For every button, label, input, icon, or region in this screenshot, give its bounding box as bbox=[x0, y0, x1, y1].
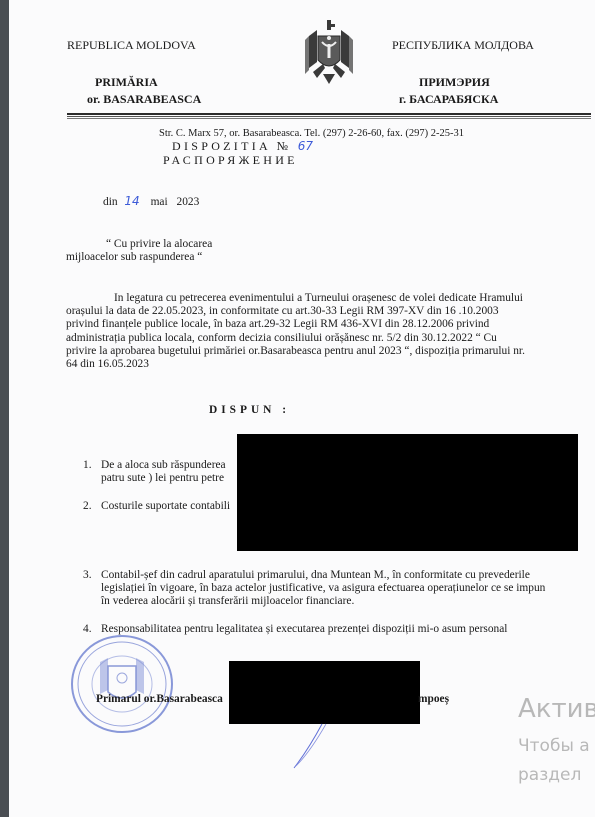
item-text: legislației în vigoare, în baza actelor … bbox=[101, 582, 545, 595]
date-year: 2023 bbox=[177, 196, 200, 208]
item-text: De a aloca sub răspunderea bbox=[101, 459, 226, 472]
header-country-ru: РЕСПУБЛИКА МОЛДОВА bbox=[392, 38, 534, 53]
header-institution-ro: PRIMĂRIA bbox=[95, 75, 158, 90]
moldova-coat-of-arms-icon bbox=[303, 14, 355, 86]
preamble-line: privire la aprobarea bugetului primăriei… bbox=[66, 345, 586, 358]
document-date: din 14 mai 2023 bbox=[103, 195, 199, 209]
header-country-ro: REPUBLICA MOLDOVA bbox=[67, 38, 196, 53]
item-number: 3. bbox=[83, 569, 92, 582]
preamble-line: privind finanțele publice locale, în baz… bbox=[66, 318, 586, 331]
viewer-left-edge bbox=[0, 0, 9, 817]
handwritten-signature-stroke bbox=[290, 722, 340, 772]
date-month: mai bbox=[151, 196, 168, 208]
item-text: Contabil-șef din cadrul aparatului prima… bbox=[101, 569, 530, 582]
preamble-paragraph: In legatura cu petrecerea evenimentului … bbox=[66, 292, 586, 371]
document-title-ro: DISPOZITIA № 67 bbox=[172, 139, 313, 154]
dispun-heading: DISPUN : bbox=[209, 404, 290, 416]
header-city-ro: or. BASARABEASCA bbox=[87, 92, 201, 107]
preamble-line: 64 din 16.05.2023 bbox=[66, 358, 586, 371]
title-ro-text: DISPOZITIA № bbox=[172, 139, 291, 153]
handwritten-number: 67 bbox=[298, 139, 313, 153]
redaction-box-items bbox=[237, 434, 578, 551]
subject-line-2: mijloacelor sub raspunderea “ bbox=[66, 251, 202, 264]
address-line: Str. C. Marx 57, or. Basarabeasca. Tel. … bbox=[159, 128, 464, 139]
document-title-ru: РАСПОРЯЖЕНИЕ bbox=[163, 153, 298, 168]
header-divider bbox=[67, 113, 591, 119]
item-text: în vederea alocării și transferării mijl… bbox=[101, 595, 354, 608]
activation-watermark-title: Актив bbox=[518, 694, 595, 724]
item-number: 1. bbox=[83, 459, 92, 472]
activation-watermark-line2: Чтобы а bbox=[518, 736, 590, 756]
date-prefix: din bbox=[103, 196, 118, 208]
item-number: 2. bbox=[83, 500, 92, 513]
preamble-line: orașului la data de 22.05.2023, in confo… bbox=[66, 305, 586, 318]
subject-line-1: “ Cu privire la alocarea bbox=[106, 238, 212, 251]
signature-name-tail: mpoeș bbox=[418, 693, 449, 705]
official-round-stamp-icon bbox=[68, 632, 176, 736]
header-city-ru: г. БАСАРАБЯСКА bbox=[399, 92, 498, 107]
activation-watermark-line3: раздел bbox=[518, 765, 581, 785]
preamble-line: administrația publica locala, conform de… bbox=[66, 332, 586, 345]
header-institution-ru: ПРИМЭРИЯ bbox=[419, 75, 490, 90]
item-text: Costurile suportate contabili bbox=[101, 500, 230, 513]
redaction-box-signature bbox=[229, 661, 420, 724]
signature-label: Primarul or.Basarabeasca bbox=[96, 693, 223, 705]
item-text: patru sute ) lei pentru petre bbox=[101, 472, 224, 485]
preamble-line: In legatura cu petrecerea evenimentului … bbox=[66, 292, 586, 305]
handwritten-day: 14 bbox=[124, 194, 139, 208]
